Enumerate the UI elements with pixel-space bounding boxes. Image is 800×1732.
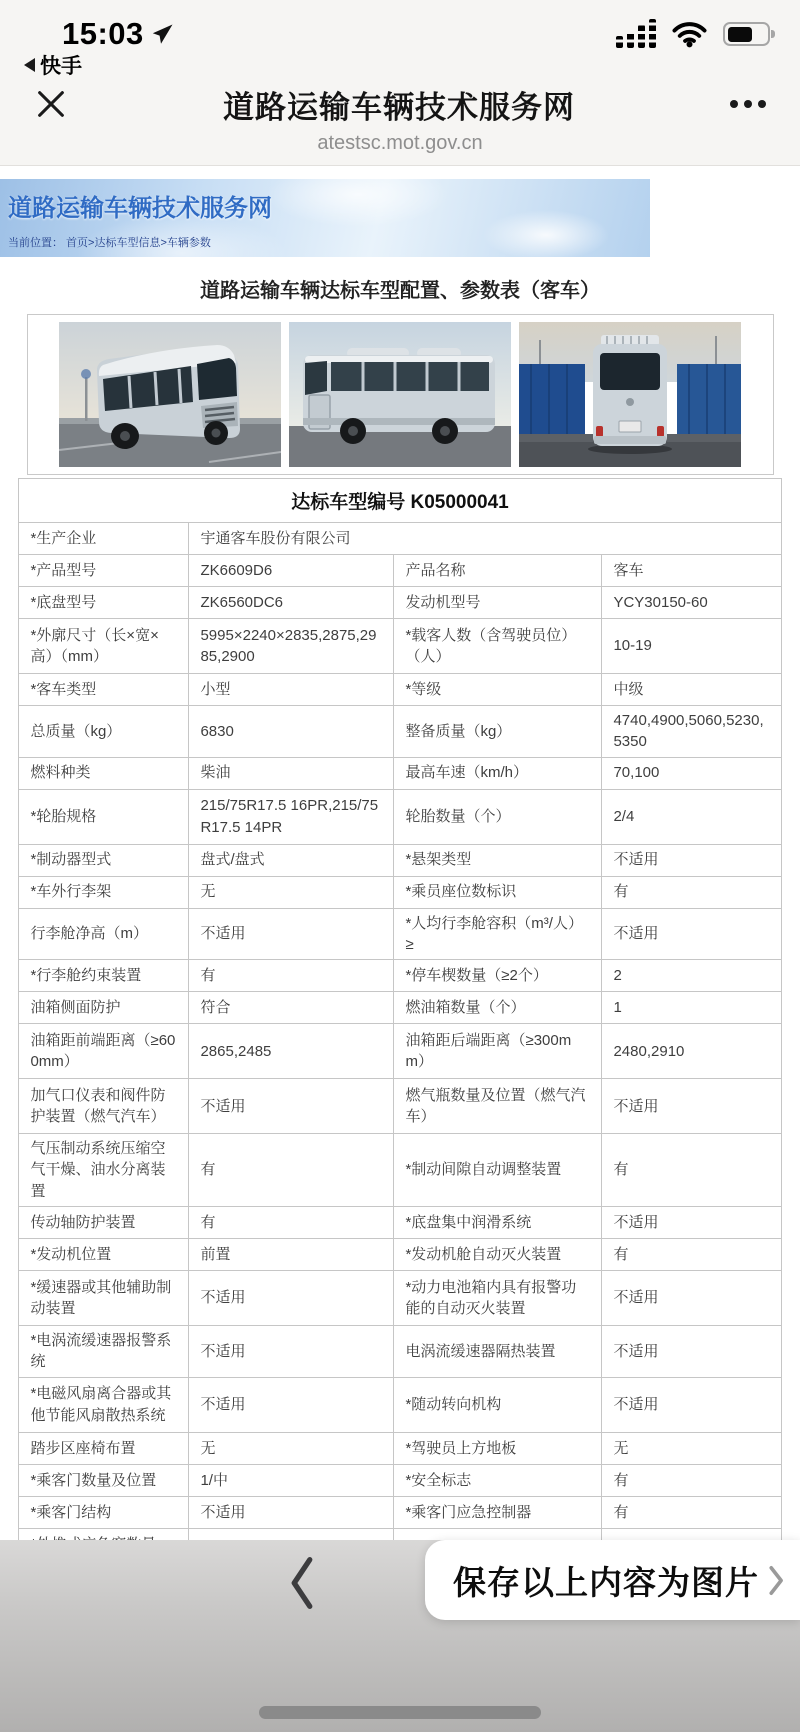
bus-side-photo	[289, 322, 511, 467]
spec-value-cell: 有	[602, 1464, 781, 1496]
dot-icon	[730, 100, 738, 108]
spec-label-cell: *载客人数（含驾驶员位）（人）	[394, 619, 602, 674]
spec-label-cell: 传动轴防护装置	[19, 1207, 189, 1239]
spec-value-cell: 不适用	[602, 1207, 781, 1239]
spec-label-cell: *动力电池箱内具有报警功能的自动灭火装置	[394, 1271, 602, 1326]
spec-label-cell: *电磁风扇离合器或其他节能风扇散热系统	[19, 1377, 189, 1432]
spec-label-cell: 行李舱净高（m）	[19, 908, 189, 960]
spec-label-cell: *电涡流缓速器报警系统	[19, 1326, 189, 1378]
spec-label-cell: *乘客门数量及位置	[19, 1464, 189, 1496]
spec-label-cell: 轮胎数量（个）	[394, 789, 602, 844]
table-row: *缓速器或其他辅助制动装置不适用*动力电池箱内具有报警功能的自动灭火装置不适用	[19, 1271, 781, 1326]
site-banner-title: 道路运输车辆技术服务网	[8, 188, 650, 223]
table-row: *轮胎规格215/75R17.5 16PR,215/75R17.5 14PR轮胎…	[19, 789, 781, 844]
save-image-button[interactable]: 保存以上内容为图片	[425, 1540, 800, 1620]
back-chevron-button[interactable]	[282, 1552, 322, 1614]
spec-value-cell: 不适用	[189, 1079, 394, 1134]
spec-value-cell: 盘式/盘式	[189, 844, 394, 876]
spec-value-cell: 无	[602, 1432, 781, 1464]
status-icons	[616, 19, 771, 49]
screenshot-overlay: 保存以上内容为图片	[0, 1540, 800, 1732]
spec-label-cell: *发动机舱自动灭火装置	[394, 1239, 602, 1271]
table-row: *发动机位置前置*发动机舱自动灭火装置有	[19, 1239, 781, 1271]
spec-label-cell: *底盘型号	[19, 587, 189, 619]
vehicle-photos	[27, 314, 774, 475]
spec-value-cell: 2480,2910	[602, 1024, 781, 1079]
spec-value-cell: 不适用	[189, 1326, 394, 1378]
page-header-title: 道路运输车辆技术服务网	[68, 82, 730, 127]
spec-value-cell: 不适用	[189, 908, 394, 960]
spec-label-cell: 发动机型号	[394, 587, 602, 619]
spec-table: 达标车型编号 K05000041 *生产企业宇通客车股份有限公司*产品型号ZK6…	[18, 478, 781, 1648]
spec-label-cell: *生产企业	[19, 523, 189, 555]
spec-label-cell: *底盘集中润滑系统	[394, 1207, 602, 1239]
spec-label-cell: 油箱侧面防护	[19, 992, 189, 1024]
spec-value-cell: 4740,4900,5060,5230,5350	[602, 706, 781, 758]
spec-label-cell: *驾驶员上方地板	[394, 1432, 602, 1464]
table-row: 总质量（kg）6830整备质量（kg）4740,4900,5060,5230,5…	[19, 706, 781, 758]
bus-rear-photo	[519, 322, 741, 467]
table-row: 燃料种类柴油最高车速（km/h）70,100	[19, 757, 781, 789]
spec-label-cell: 整备质量（kg）	[394, 706, 602, 758]
browser-chrome: 15:03 快手	[0, 0, 800, 166]
close-icon	[34, 87, 68, 121]
spec-label-cell: *随动转向机构	[394, 1377, 602, 1432]
spec-label-cell: 燃料种类	[19, 757, 189, 789]
table-row: 踏步区座椅布置无*驾驶员上方地板无	[19, 1432, 781, 1464]
table-row: *电涡流缓速器报警系统不适用电涡流缓速器隔热装置不适用	[19, 1326, 781, 1378]
spec-label-cell: 油箱距后端距离（≥300mm）	[394, 1024, 602, 1079]
spec-value-cell: 1/中	[189, 1464, 394, 1496]
spec-label-cell: *轮胎规格	[19, 789, 189, 844]
close-button[interactable]	[34, 87, 68, 121]
chevron-right-icon	[767, 1565, 784, 1596]
spec-value-cell: 不适用	[602, 908, 781, 960]
spec-label-cell: *乘员座位数标识	[394, 876, 602, 908]
spec-value-cell: 2	[602, 960, 781, 992]
spec-value-cell: 70,100	[602, 757, 781, 789]
spec-label-cell: 电涡流缓速器隔热装置	[394, 1326, 602, 1378]
spec-label-cell: 加气口仪表和阀件防护装置（燃气汽车）	[19, 1079, 189, 1134]
table-row: *电磁风扇离合器或其他节能风扇散热系统不适用*随动转向机构不适用	[19, 1377, 781, 1432]
spec-value-cell: 1	[602, 992, 781, 1024]
spec-value-cell: 前置	[189, 1239, 394, 1271]
spec-value-cell: 不适用	[602, 1079, 781, 1134]
spec-value-cell: 不适用	[189, 1377, 394, 1432]
site-banner: 道路运输车辆技术服务网 当前位置： 首页>达标车型信息>车辆参数	[0, 179, 650, 257]
spec-label-cell: 最高车速（km/h）	[394, 757, 602, 789]
spec-label-cell: *客车类型	[19, 674, 189, 706]
spec-label-cell: *乘客门结构	[19, 1496, 189, 1528]
spec-label-cell: *人均行李舱容积（m³/人）≥	[394, 908, 602, 960]
location-arrow-icon	[151, 22, 175, 46]
app-back-button[interactable]: 快手	[24, 52, 800, 78]
screen: 15:03 快手	[0, 0, 800, 1732]
spec-value-cell: ZK6609D6	[189, 555, 394, 587]
spec-label-cell: 燃气瓶数量及位置（燃气汽车）	[394, 1079, 602, 1134]
spec-label-cell: *车外行李架	[19, 876, 189, 908]
cellular-signal-icon	[616, 19, 657, 49]
table-row: *底盘型号ZK6560DC6发动机型号YCY30150-60	[19, 587, 781, 619]
spec-table-body: *生产企业宇通客车股份有限公司*产品型号ZK6609D6产品名称客车*底盘型号Z…	[19, 523, 781, 1648]
app-back-label: 快手	[40, 50, 82, 80]
clock: 15:03	[62, 16, 144, 52]
spec-value-cell: 6830	[189, 706, 394, 758]
chevron-left-icon	[286, 1555, 318, 1611]
browser-nav-row: 道路运输车辆技术服务网	[0, 78, 800, 130]
dot-icon	[758, 100, 766, 108]
spec-value-cell: 有	[189, 960, 394, 992]
spec-value-cell: 柴油	[189, 757, 394, 789]
table-row: 传动轴防护装置有*底盘集中润滑系统不适用	[19, 1207, 781, 1239]
spec-value-cell: 有	[189, 1134, 394, 1207]
spec-value-cell: 215/75R17.5 16PR,215/75R17.5 14PR	[189, 789, 394, 844]
spec-label-cell: 气压制动系统压缩空气干燥、油水分离装置	[19, 1134, 189, 1207]
spec-label-cell: *悬架类型	[394, 844, 602, 876]
table-row: 气压制动系统压缩空气干燥、油水分离装置有*制动间隙自动调整装置有	[19, 1134, 781, 1207]
spec-value-cell: 宇通客车股份有限公司	[189, 523, 781, 555]
spec-value-cell: 有	[602, 1239, 781, 1271]
spec-value-cell: 有	[602, 1134, 781, 1207]
spec-value-cell: 小型	[189, 674, 394, 706]
table-row: 行李舱净高（m）不适用*人均行李舱容积（m³/人）≥不适用	[19, 908, 781, 960]
spec-label-cell: *缓速器或其他辅助制动装置	[19, 1271, 189, 1326]
spec-value-cell: 不适用	[602, 844, 781, 876]
spec-value-cell: 不适用	[602, 1271, 781, 1326]
spec-label-cell: 产品名称	[394, 555, 602, 587]
spec-value-cell: 有	[602, 1496, 781, 1528]
more-options-button[interactable]	[730, 100, 766, 108]
table-row: *生产企业宇通客车股份有限公司	[19, 523, 781, 555]
bus-front-photo	[59, 322, 281, 467]
table-row: *乘客门结构不适用*乘客门应急控制器有	[19, 1496, 781, 1528]
document-title: 道路运输车辆达标车型配置、参数表（客车）	[0, 274, 800, 303]
spec-value-cell: 5995×2240×2835,2875,2985,2900	[189, 619, 394, 674]
back-triangle-icon	[24, 58, 35, 72]
spec-value-cell: 中级	[602, 674, 781, 706]
spec-value-cell: 2/4	[602, 789, 781, 844]
table-row: 油箱侧面防护符合燃油箱数量（个）1	[19, 992, 781, 1024]
breadcrumb: 当前位置： 首页>达标车型信息>车辆参数	[8, 234, 211, 250]
spec-value-cell: YCY30150-60	[602, 587, 781, 619]
spec-label-cell: *制动间隙自动调整装置	[394, 1134, 602, 1207]
status-time-cluster: 15:03	[62, 16, 175, 52]
table-row: *客车类型小型*等级中级	[19, 674, 781, 706]
spec-value-cell: 不适用	[189, 1271, 394, 1326]
spec-label-cell: 踏步区座椅布置	[19, 1432, 189, 1464]
spec-label-cell: 燃油箱数量（个）	[394, 992, 602, 1024]
spec-value-cell: 有	[189, 1207, 394, 1239]
spec-label-cell: *外廓尺寸（长×宽×高）（mm）	[19, 619, 189, 674]
spec-value-cell: 2865,2485	[189, 1024, 394, 1079]
table-row: 油箱距前端距离（≥600mm）2865,2485油箱距后端距离（≥300mm）2…	[19, 1024, 781, 1079]
spec-value-cell: 不适用	[602, 1326, 781, 1378]
spec-label-cell: *安全标志	[394, 1464, 602, 1496]
battery-fill	[728, 27, 752, 42]
dot-icon	[744, 100, 752, 108]
wifi-icon	[671, 20, 708, 48]
table-row: *乘客门数量及位置1/中*安全标志有	[19, 1464, 781, 1496]
table-row: 加气口仪表和阀件防护装置（燃气汽车）不适用燃气瓶数量及位置（燃气汽车）不适用	[19, 1079, 781, 1134]
status-bar: 15:03	[0, 10, 800, 56]
save-image-label: 保存以上内容为图片	[453, 1557, 759, 1604]
spec-value-cell: 不适用	[602, 1377, 781, 1432]
table-row: *车外行李架无*乘员座位数标识有	[19, 876, 781, 908]
table-row: *外廓尺寸（长×宽×高）（mm）5995×2240×2835,2875,2985…	[19, 619, 781, 674]
home-indicator[interactable]	[259, 1706, 541, 1719]
battery-icon	[723, 22, 770, 46]
spec-label-cell: *停车楔数量（≥2个）	[394, 960, 602, 992]
spec-label-cell: *制动器型式	[19, 844, 189, 876]
spec-label-cell: *产品型号	[19, 555, 189, 587]
model-code-header: 达标车型编号 K05000041	[19, 479, 781, 523]
spec-value-cell: ZK6560DC6	[189, 587, 394, 619]
spec-value-cell: 无	[189, 1432, 394, 1464]
table-row: *行李舱约束装置有*停车楔数量（≥2个）2	[19, 960, 781, 992]
spec-value-cell: 10-19	[602, 619, 781, 674]
spec-label-cell: *行李舱约束装置	[19, 960, 189, 992]
spec-value-cell: 不适用	[189, 1496, 394, 1528]
spec-label-cell: 总质量（kg）	[19, 706, 189, 758]
spec-value-cell: 符合	[189, 992, 394, 1024]
table-row: *制动器型式盘式/盘式*悬架类型不适用	[19, 844, 781, 876]
spec-label-cell: *乘客门应急控制器	[394, 1496, 602, 1528]
spec-value-cell: 无	[189, 876, 394, 908]
spec-value-cell: 有	[602, 876, 781, 908]
table-header-row: 达标车型编号 K05000041	[19, 479, 781, 523]
table-row: *产品型号ZK6609D6产品名称客车	[19, 555, 781, 587]
spec-value-cell: 客车	[602, 555, 781, 587]
page-url: atestsc.mot.gov.cn	[0, 130, 800, 165]
spec-label-cell: 油箱距前端距离（≥600mm）	[19, 1024, 189, 1079]
spec-label-cell: *等级	[394, 674, 602, 706]
spec-label-cell: *发动机位置	[19, 1239, 189, 1271]
